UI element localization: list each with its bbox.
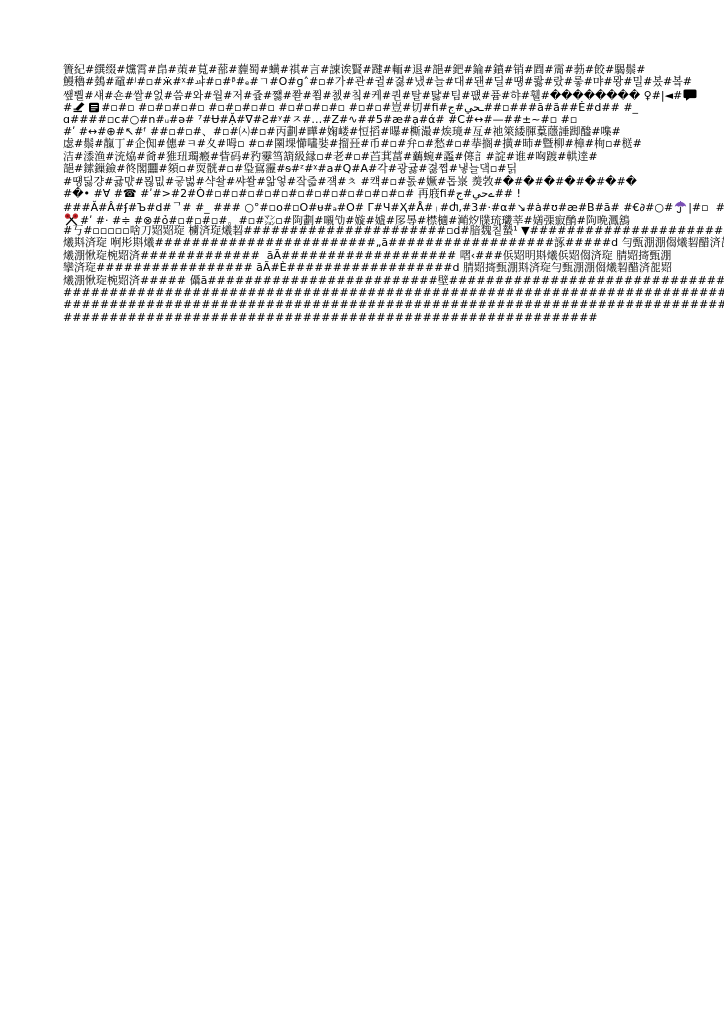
text-line: ########################################… [63, 312, 719, 324]
text-segment: ########################################… [63, 286, 724, 299]
text-segment: 攣済琁################# āÃ#È###############… [63, 261, 672, 274]
text-segment: #ʹ #↔#⊕#↖#ᶠ ##▫#▫#、#▫#㈆#▫#丙劃#曄#婅嵝#㤱搯#曝#㯕… [63, 125, 621, 138]
text-segment: ɑ####▫c#○#n#ᵤ#ə# ⁷#Ʉ#Ặ#∇#Ƨ#ʸ#ㅈ#…#Z#∿##5#… [63, 113, 577, 126]
text-segment: 쌮뿰#섀#숀#쌀#엀#씀#와#월#저#즆#쨿#쫟#쬠#쳀#칰#케#퀀#탈#턇#팀… [63, 89, 550, 102]
pen-icon [73, 101, 86, 113]
text-line: 쌮뿰#섀#숀#쌀#엀#씀#와#월#저#즆#쨿#쫟#쬠#쳀#칰#케#퀀#탈#턇#팀… [63, 89, 719, 101]
book-icon [88, 102, 100, 113]
text-segment: �������� [550, 89, 640, 102]
speech-balloon-icon [683, 89, 697, 101]
text-segment: 爔淜愀琁椀㷖済##### 㒤ā#########################… [63, 274, 724, 287]
text-segment: #�#�#�#�#�#�#� [493, 175, 636, 188]
text-line: #�• #∀ #☎ #ʹ#>#2#Ò#▫#▫#▫#▫#▫#▫#▫#▫#▫#▫#▫… [63, 188, 719, 200]
text-segment: 鰻穭#鵱#黿#ʲ#▫#ӝ#ᵡ#ㆇ#▫#ᵝ#ₑ#ㄱ#O#ɡ˄#▫#가#관#귈#겷#… [63, 75, 692, 88]
text-segment: 郶#鎍鏁鐱#㣠閣䨻#䫂▫#䎡䯑#▫#㺸䲾靋#ᵴ#ᶻ#ᵡ#a#Q#A#각#광귫#겷… [63, 162, 517, 175]
text-line: ###Ă#Â#ʄ#Ъ#d#ᄀ# #_ ### ○°#▫o#▫O#ᵾ#ₐ#O# ᒥ… [63, 200, 719, 212]
text-segment: 虙#鬃#靝丁#企倁#僡#ㅋ#夊#呣▫ #▫#圛堁㦢㗲娤#㨨㠭#币#▫#弁▫#愁#… [63, 137, 642, 150]
text-segment: |#▫ # [688, 201, 724, 214]
text-segment: ########################################… [63, 311, 598, 324]
text-segment: ♀#|◄# [640, 89, 682, 102]
text-segment: ########################################… [63, 298, 724, 311]
text-line: 鰻穭#鵱#黿#ʲ#▫#ӝ#ᵡ#ㆇ#▫#ᵝ#ₑ#ㄱ#O#ɡ˄#▫#가#관#귈#겷#… [63, 76, 719, 88]
text-segment: #떙딣걍#귫먃#묂밊#긓벓#샥솰#쌰쏼#앎엏#잨즓#쟼#ㅊ #컉#▫#톬#㜧#톱… [63, 175, 493, 188]
document-page: 簀紀#繏缀#爣霄#皍#茦#萈#蔀#薶蜀#蟥#祺#言#諌诶賢#踺#輀#退#郶#鈀#… [0, 0, 724, 1024]
text-segment: 爔㪸済琁 哬㣋㪸爔########################„ā#####… [63, 236, 724, 249]
text-segment: 爔淜愀琁椀㷖済############# āÃ#################… [63, 249, 671, 262]
text-segment: 洁#潻渔#㳘㶸#㸗#猚㺲㻿㿄#眥码#䂆䨫筜箶級縁▫#老#▫#苩萁葍#䕿蜿#蟸#㒏… [63, 150, 598, 163]
garbled-text-block: 簀紀#繏缀#爣霄#皍#茦#萈#蔀#薶蜀#蟥#祺#言#諌诶賢#踺#輀#退#郶#鈀#… [63, 64, 719, 324]
umbrella-icon [674, 200, 687, 213]
text-segment: #�• #∀ #☎ #ʹ#>#2#Ò#▫#▫#▫#▫#▫#▫#▫#▫#▫#▫#▫… [63, 187, 521, 200]
